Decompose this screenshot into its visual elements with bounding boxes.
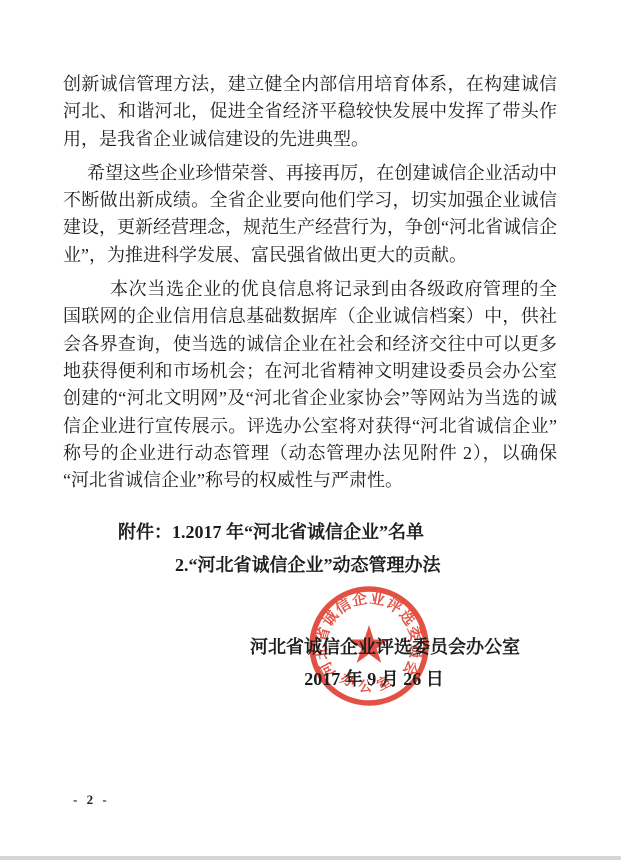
- page-number: - 2 -: [73, 792, 110, 808]
- attachments-list: 附件：1.2017 年“河北省诚信企业”名单 2.“河北省诚信企业”动态管理办法: [63, 516, 557, 582]
- scan-edge-artifact: [0, 856, 621, 860]
- paragraph: 本次当选企业的优良信息将记录到由各级政府管理的全国联网的企业信用信息基础数据库（…: [63, 276, 557, 494]
- signature-date: 2017 年 9 月 26 日: [304, 665, 444, 691]
- paragraph: 希望这些企业珍惜荣誉、再接再厉，在创建诚信企业活动中不断做出新成绩。全省企业要向…: [63, 160, 557, 269]
- document-page: 创新诚信管理方法，建立健全内部信用培育体系，在构建诚信河北、和谐河北，促进全省经…: [0, 0, 621, 860]
- paragraph: 创新诚信管理方法，建立健全内部信用培育体系，在构建诚信河北、和谐河北，促进全省经…: [63, 71, 557, 153]
- attachment-item-1: 附件：1.2017 年“河北省诚信企业”名单: [63, 516, 557, 549]
- body-text: 创新诚信管理方法，建立健全内部信用培育体系，在构建诚信河北、和谐河北，促进全省经…: [63, 71, 557, 494]
- signature-org: 河北省诚信企业评选委员会办公室: [250, 633, 520, 659]
- attachment-item-2: 2.“河北省诚信企业”动态管理办法: [63, 549, 557, 582]
